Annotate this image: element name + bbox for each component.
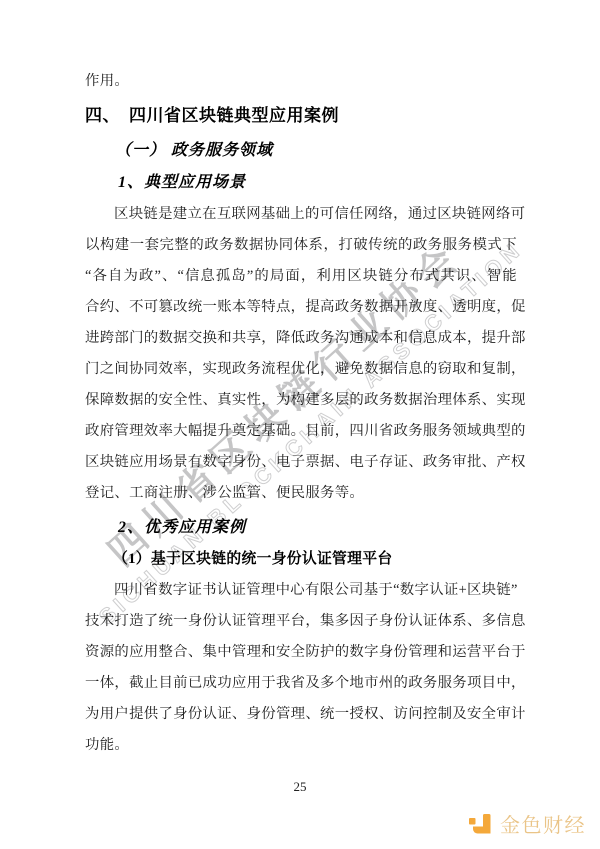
body-text-line: 作用。 — [85, 66, 517, 97]
case-heading: （1）基于区块链的统一身份认证管理平台 — [85, 544, 517, 575]
body-text-line: 功能。 — [85, 730, 517, 761]
body-text-line: 保障数据的安全性、真实性，为构建多层的政务数据治理体系、实现 — [85, 385, 517, 416]
body-text-line: 以构建一套完整的政务数据协同体系，打破传统的政务服务模式下 — [85, 230, 517, 261]
numbered-heading: 2、优秀应用案例 — [85, 512, 517, 544]
body-text-line: 区块链应用场景有数字身份、电子票据、电子存证、政务审批、产权 — [85, 447, 517, 478]
body-text-line: 登记、工商注册、涉公监管、便民服务等。 — [85, 478, 517, 509]
body-text-line: 一体，截止目前已成功应用于我省及多个地市州的政务服务项目中， — [85, 668, 517, 699]
body-text-line: 资源的应用整合、集中管理和安全防护的数字身份管理和运营平台于 — [85, 637, 517, 668]
jinse-logo-text: 金色财经 — [500, 809, 586, 838]
body-text-line: 合约、不可篡改统一账本等特点，提高政务数据开放度、透明度，促 — [85, 292, 517, 323]
body-text-line: 技术打造了统一身份认证管理平台，集多因子身份认证体系、多信息 — [85, 606, 517, 637]
body-text-line: 为用户提供了身份认证、身份管理、统一授权、访问控制及安全审计 — [85, 699, 517, 730]
body-text-line: 门之间协同效率，实现政务流程优化，避免数据信息的窃取和复制， — [85, 354, 517, 385]
body-text-line: 政府管理效率大幅提升奠定基础。目前，四川省政务服务领域典型的 — [85, 416, 517, 447]
document-page: 四川省区块链行业协会 SICHUAN BLOCKCHAIN ASSOCIATIO… — [0, 0, 600, 849]
jinse-logo-icon — [468, 811, 494, 837]
body-text-line: “各自为政”、“信息孤岛”的局面，利用区块链分布式共识、智能 — [85, 261, 517, 292]
document-content: 作用。四、 四川省区块链典型应用案例（一） 政务服务领域1、典型应用场景区块链是… — [85, 66, 517, 761]
subsection-heading: （一） 政务服务领域 — [85, 135, 517, 167]
body-text-line: 进跨部门的数据交换和共享，降低政务沟通成本和信息成本，提升部 — [85, 323, 517, 354]
body-text-line: 区块链是建立在互联网基础上的可信任网络，通过区块链网络可 — [85, 199, 517, 230]
jinse-finance-logo: 金色财经 — [468, 809, 586, 838]
section-heading: 四、 四川省区块链典型应用案例 — [85, 99, 517, 133]
numbered-heading: 1、典型应用场景 — [85, 167, 517, 199]
page-number: 25 — [0, 779, 600, 795]
body-text-line: 四川省数字证书认证管理中心有限公司基于“数字认证+区块链” — [85, 575, 517, 606]
